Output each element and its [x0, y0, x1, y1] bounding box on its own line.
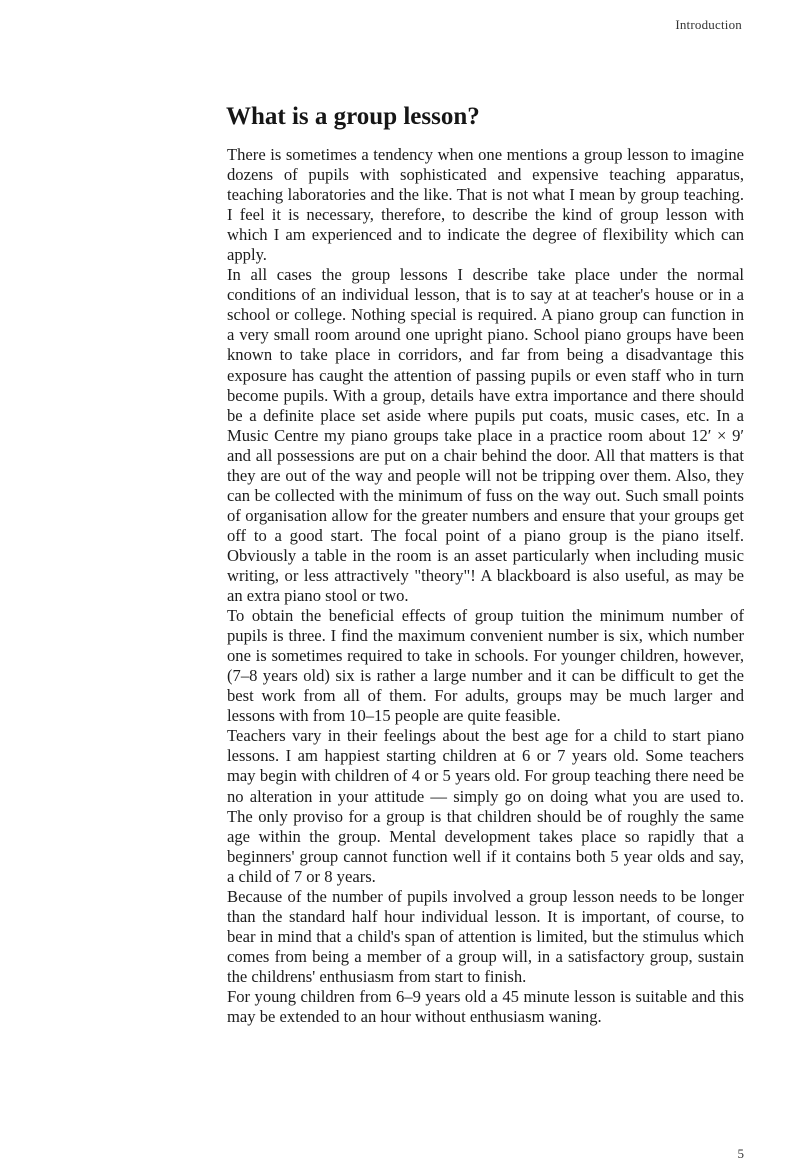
- paragraph: Because of the number of pupils involved…: [227, 887, 744, 987]
- page-number: 5: [738, 1146, 745, 1162]
- paragraph: Teachers vary in their feelings about th…: [227, 726, 744, 886]
- running-head: Introduction: [675, 17, 742, 33]
- section-title: What is a group lesson?: [226, 103, 480, 131]
- paragraph: For young children from 6–9 years old a …: [227, 987, 744, 1027]
- body-text: There is sometimes a tendency when one m…: [227, 145, 744, 1027]
- paragraph: To obtain the beneficial effects of grou…: [227, 606, 744, 726]
- paragraph: There is sometimes a tendency when one m…: [227, 145, 744, 265]
- paragraph: In all cases the group lessons I describ…: [227, 265, 744, 606]
